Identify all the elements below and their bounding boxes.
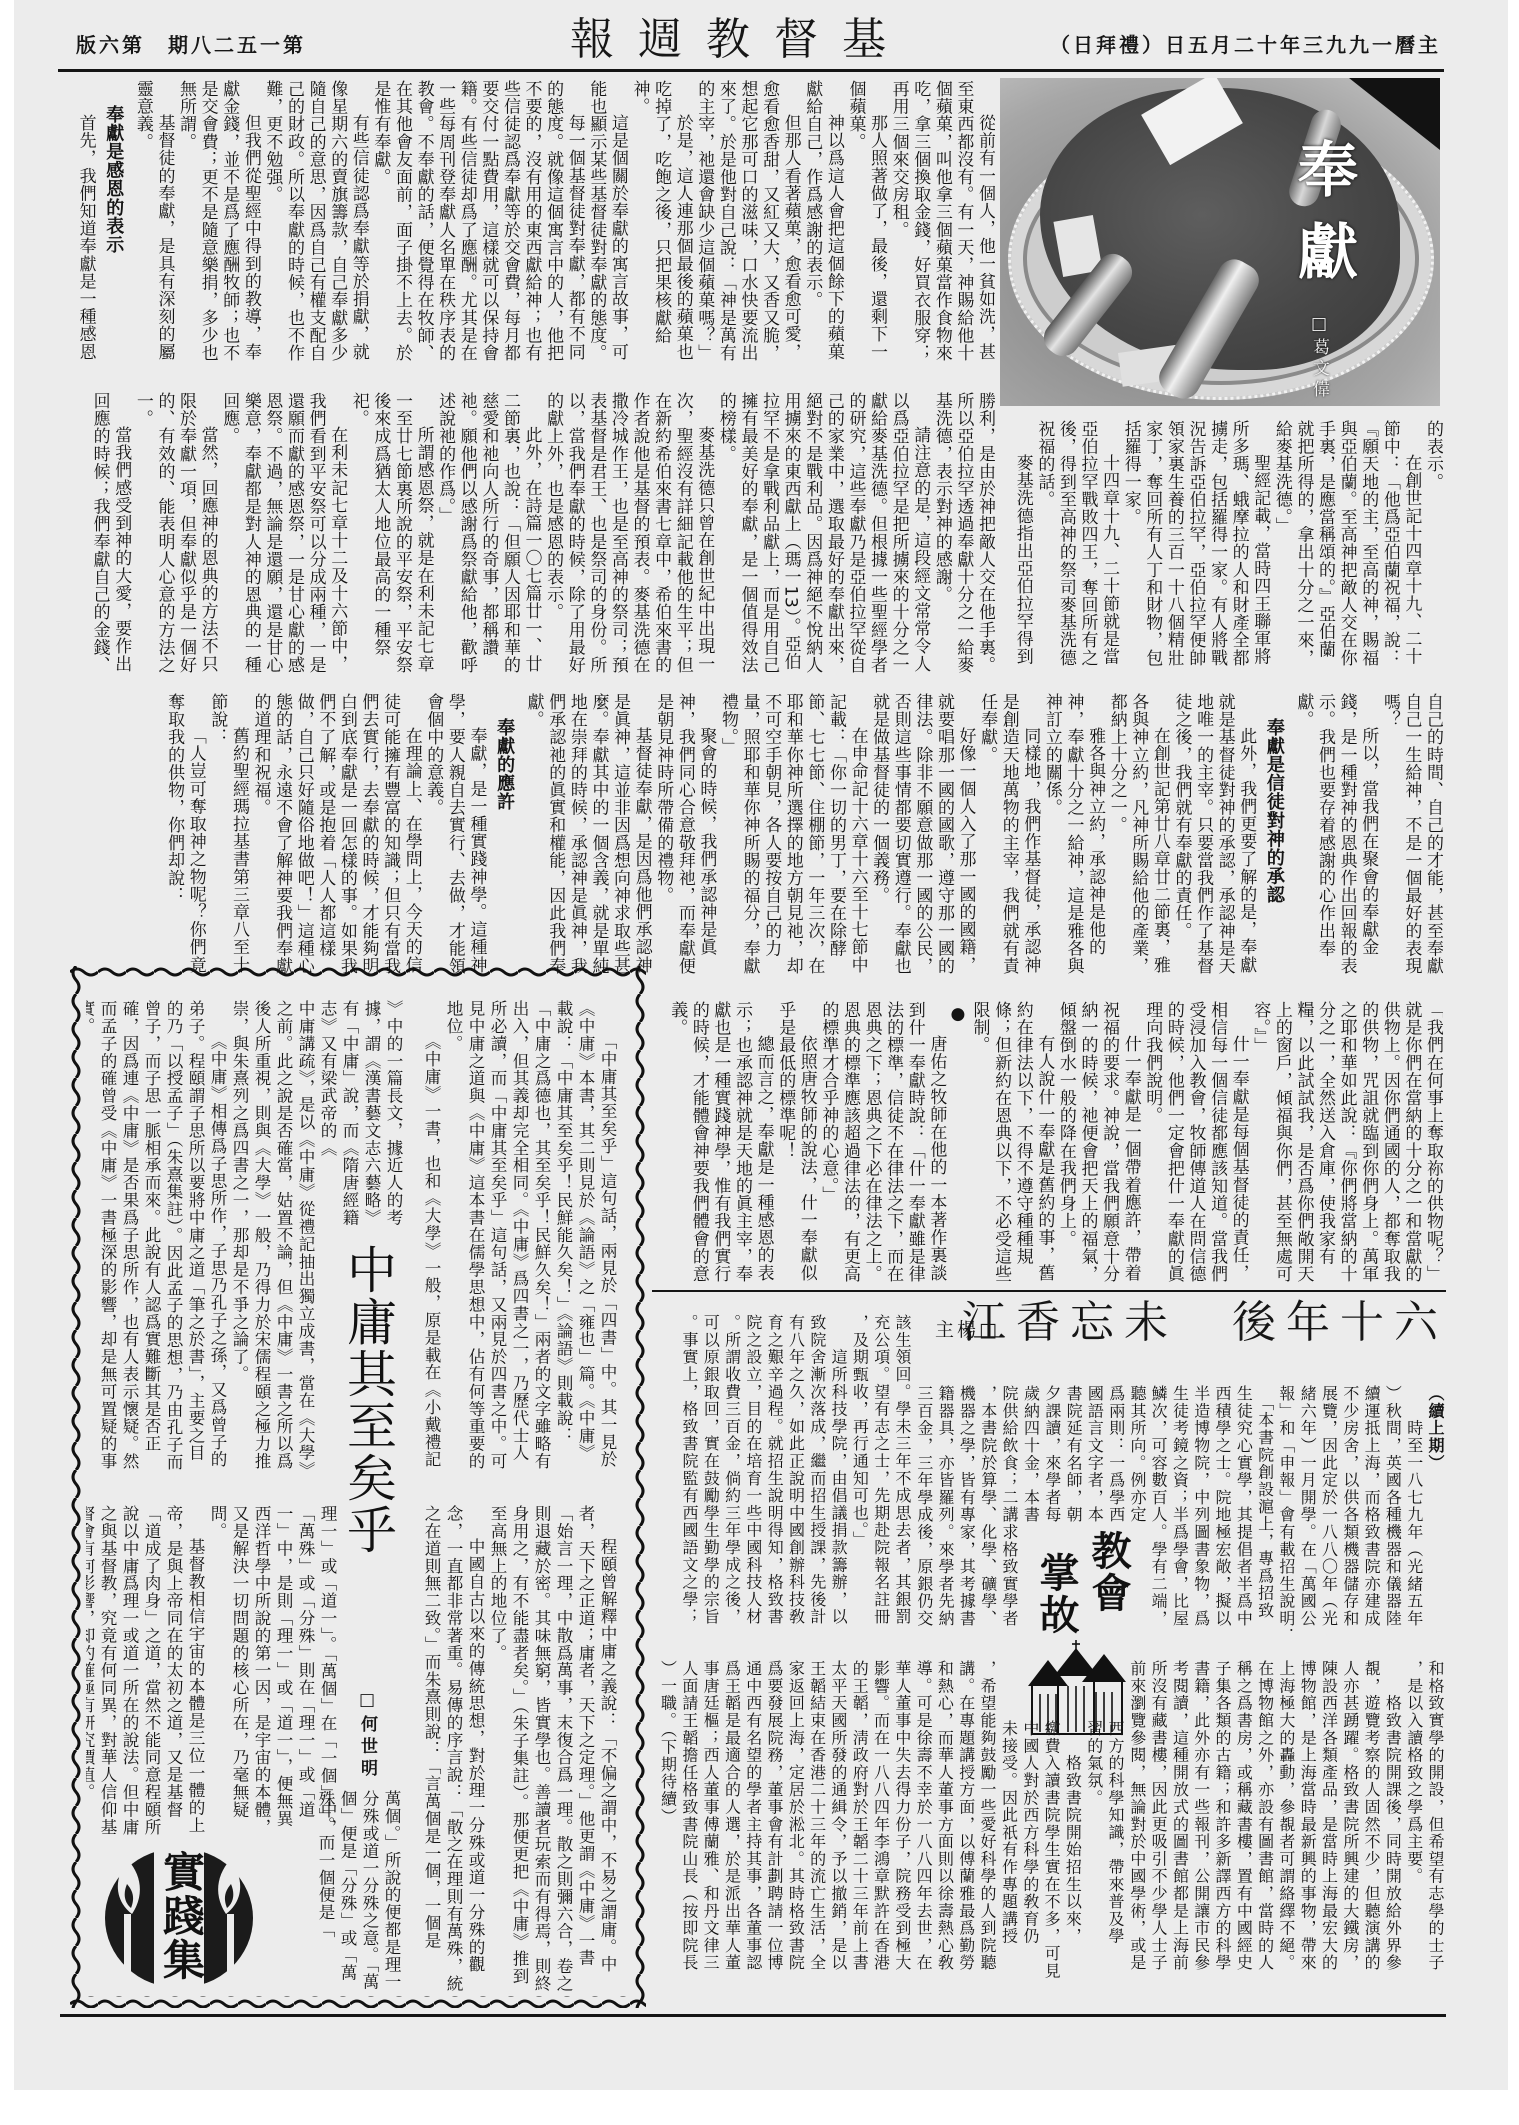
column-title: 中庸其至矣乎	[340, 1244, 396, 1556]
column-logo-line2: 掌故	[1034, 1552, 1078, 1636]
text-column: 展覽，因此定於一八八〇年（光	[1318, 1385, 1339, 1635]
article-band-2-left: 勝利，是由於神把敵人交在他手裏。所以亞伯拉罕透過奉獻十分之一給麥基洗德，表示對神…	[60, 392, 995, 676]
article-byline: □楊主	[935, 1318, 1000, 1342]
paragraph: 基督徒的奉獻，是具有深刻的屬靈意義。	[131, 80, 174, 364]
text-column: 續運抵上海，而格致書院亦建成	[1361, 1385, 1382, 1635]
text-column: ，及期甄收，再行通知可也。」	[849, 1314, 870, 1632]
text-column: 報」和「申報」會有載招生說明：	[1276, 1385, 1297, 1635]
issue-date: 主曆一九九三年十二月五日（禮拜日）	[1050, 33, 1441, 57]
column-byline: □何世明	[356, 1690, 378, 1781]
paragraph: 《中庸》相傳爲子思所作，子思乃孔子之孫，又爲曾子的弟子。程頤謂子思所以要將中庸之…	[86, 1000, 228, 1474]
text-column: 爲兩則：一爲學西	[1105, 1385, 1126, 1527]
paragraph: 首先，我們知道奉獻是一種感恩	[74, 80, 96, 364]
article-columns-b-middle: 西方的科學知識，帶來普及學習的氣氛。 格致書院開始招生以來，繳費入讀書院學生實在…	[998, 1720, 1126, 1984]
text-column: 稱之爲書房，或稱藏書樓，置有中國經史	[1233, 1660, 1254, 1984]
text-column: ，希望能夠鼓勵一些愛好科學的人到院聽	[977, 1660, 998, 1984]
column-text-top-center: 》中的一篇長文，據近人的考據，謂《漢書藝文志六藝略》有「中庸」說，而《隋唐經籍志…	[316, 1000, 404, 1238]
author-name: 葛文偉	[1309, 338, 1329, 401]
text-column: 院供給飲食；二講求格致實學者	[999, 1385, 1020, 1635]
paragraph: 此外，我們更要了解的是，奉獻就是基督徒對神的承認，承認神是天地唯一的主宰。只要當…	[1170, 693, 1256, 977]
column-text-top-right: 「中庸其至矣乎」這句話，兩見於「四書」中。其一見於《中庸》本書，其二則見於《論語…	[404, 1000, 618, 1472]
paragraph: 麥基洗德指出亞伯拉罕得到	[1011, 420, 1033, 672]
text-column: 爲要發展院務，董事會有計劃聘請一位博	[764, 1660, 785, 1984]
text-column: 充公項。望有志之士，先期赴院報名註冊	[870, 1314, 891, 1632]
text-column: 博物館，是上海當時最新興的事物，帶來	[1297, 1660, 1318, 1984]
paragraph: 「我們在何事上奪取祢的供物呢？」就是你們在當納的十分之一和當獻的供物上。因你們通…	[1249, 1001, 1443, 1285]
paragraph: 的表示。	[1421, 420, 1443, 672]
text-column: 夕課讀，來學者每	[1042, 1385, 1063, 1527]
paragraph: 》中的一篇長文，據近人的考據，謂《漢書藝文志六藝略》有「中庸」說，而《隋唐經籍志…	[316, 1000, 404, 1238]
text-column: ）秋間，英國各種機器和儀器陸	[1382, 1385, 1403, 1635]
paragraph: 在申命記十六章十六至十七節中記載：「你一切的男丁，要在除酵節、七七節、住棚節，一…	[716, 693, 867, 977]
text-column: 該生領回。學未三年不成思去者，其銀罰	[892, 1314, 913, 1632]
subheading: 奉獻是感恩的表示	[103, 80, 125, 364]
paragraph: 好像一個人入了那一國的國籍，就要唱那一國的國歌，遵守那一國的律法。除非不願意做那…	[868, 693, 976, 977]
text-column: 鱗次，可容數百人。學有二端，	[1148, 1385, 1169, 1635]
article-headline: 六十年後 未忘香江	[962, 1296, 1448, 1350]
paragraph: 在利未記七章十二及十六節中，我們看到平安祭可以分成兩種，一是還願而獻的感恩祭，一…	[218, 392, 348, 676]
paragraph: 每一個基督徒對奉獻，都有不同的態度。就像這個寓言中的人，他把不要的，沒有用的東西…	[369, 80, 585, 364]
paragraph: 基督教相信宇宙的本體是三位一體的上帝，是與上帝同在的太初之道，又是基督「道成了肉…	[86, 1505, 206, 1839]
offering-plate-photo: 奉獻 □葛文偉	[1000, 78, 1440, 406]
text-column: 家返回上海，定居於淞北。其時格致書院	[785, 1660, 806, 1984]
text-column: 機器之學，皆有專家，其考據書	[956, 1385, 977, 1635]
text-column: 時至一八七九年（光緒五年	[1403, 1385, 1424, 1635]
text-column: 可以原銀取回，實在鼓勵學生勤學的宗旨	[700, 1314, 721, 1632]
paragraph: 什一奉獻是每個基督徒的責任，相信每一個信徒都應該知道。當我們受浸加入教會，牧師傳…	[1141, 1001, 1249, 1285]
paragraph: 十四章十九、二十節就是當亞伯拉罕戰敗四王，奪回所有之後，得到至高神的祭司麥基洗德…	[1033, 420, 1119, 672]
paragraph: 奉獻，是一種實踐神學。這種神學，要人親自去實行、去做，才能領會個中的意義。	[422, 693, 487, 977]
subheading: 奉獻是信徒對神的承認	[1263, 693, 1285, 977]
paragraph: 《中庸》一書，也和《大學》一般，原是載在《小戴禮記	[420, 1000, 442, 1472]
byline-box-icon: □	[357, 1690, 377, 1715]
column-text-bottom-left: 理一」或「道一」。「萬個」在「一個」中，「萬殊」或「分殊」則在「理一」或「道一」…	[86, 1505, 338, 1839]
text-column: 子集各類的古籍；和許多新譯西方的科學	[1212, 1660, 1233, 1984]
article-band-1: 從前有一個人，他一貧如洗，甚至東西都沒有。有一天，神賜給他十個蘋菓，叫他拿三個蘋…	[60, 80, 995, 364]
column-text-bottom-right: 程頤曾解釋中庸之義說：「不偏之謂中，不易之謂庸。中者，天下之正道；庸者，天下之定…	[402, 1505, 618, 1993]
paragraph: 「人豈可奪取神之物呢？你們竟奪取我的供物，你們却說：	[163, 693, 206, 977]
text-column: 不少房舍，以供各類機器儲存和	[1340, 1385, 1361, 1635]
text-column: （續上期）	[1425, 1385, 1446, 1635]
text-column: 陳設西洋各類產品，是當時上海最宏大的	[1318, 1660, 1339, 1984]
text-column: 國語言文字者，本	[1084, 1385, 1105, 1527]
article-columns-b-right: 和格致實學的開設，但希望有志學的士子，是以入讀格致之學爲主要。 格致書院開課後，…	[1126, 1660, 1446, 1984]
paragraph: 理一」或「道一」。「萬個」在「一個」中，「萬殊」或「分殊」則在「理一」或「道一」…	[206, 1505, 338, 1839]
article-band-3: 自己的時間、自己的才能，甚至奉獻自己一生給神，不是一個最好的表現嗎？所以，當我們…	[60, 693, 1443, 977]
article-columns-a-left: 該生領回。學未三年不成思去者，其銀罰充公項。望有志之士，先期赴院報名註冊，及期甄…	[679, 1314, 913, 1632]
paragraph: 雅各與神立約，承認神是他的神，奉獻十分之一給神，這是雅各與神訂立的關係。	[1040, 693, 1105, 977]
paragraph: 唐佑之牧師在他的一本著作裏談到什一奉獻時說：「什一奉獻雖是律法的標準，信徒不在律…	[817, 1001, 947, 1285]
paragraph: 但我們從聖經中得到的教導，奉獻金錢，並不是爲了應酬牧師；也不是交會費；更不是隨意…	[174, 80, 260, 364]
paragraph: 依照唐牧師的說法，什一奉獻似乎是最低的標準呢！	[774, 1001, 817, 1285]
text-column: ）一職。（下期待續）	[657, 1660, 678, 1984]
text-column: 在博物館之外，亦設有圖書館，當時的人	[1254, 1660, 1275, 1984]
issue-number: 第一五二八期 第六版	[76, 33, 306, 57]
article-columns-a-right: （續上期） 時至一八七九年（光緒五年）秋間，英國各種機器和儀器陸續運抵上海，而格…	[1146, 1385, 1446, 1635]
text-column: 和熱心，而華人董事方面則以徐壽熱心敎	[934, 1660, 955, 1984]
paragraph: 那人照著做了，最後，還剩下一個蘋菓。	[844, 80, 887, 364]
paragraph: 什一奉獻是一個帶着應許，帶着祝福的要求。神說，當我們願意十分納一的時候，祂便會把…	[1054, 1001, 1140, 1285]
paragraph: 此外，在詩篇一〇七篇廿一、廿二節裏，也說：「但願人因耶和華的慈愛和祂向人所行的奇…	[434, 392, 542, 676]
text-column: 前來瀏覽參閱，無論對於中國學術，或是	[1127, 1660, 1148, 1984]
series-logo-text: 實踐集	[157, 1850, 205, 1982]
subheading: 奉獻的應許	[493, 693, 515, 977]
paragraph: 神以爲這人會把這個餘下的蘋菓獻給自己，作爲感謝的表示。	[801, 80, 844, 364]
text-column: 。事實上，格致書院監有西國語文之學；	[679, 1314, 700, 1632]
text-column: 聽其所向。例亦定	[1127, 1385, 1148, 1527]
paragraph: 當然，回應神的恩典的方法不只限於奉獻一項，但奉獻似乎是一個好的、有效的、能表明人…	[131, 392, 217, 676]
article-band-2-right: 的表示。在創世記十四章十九、二十節中：「他爲亞伯蘭祝福，說：『願天地的主，至高的…	[997, 420, 1443, 672]
text-column: 書院延有名師，朝	[1063, 1385, 1084, 1527]
article-title: 奉獻	[1288, 138, 1358, 302]
text-column: 所沒有藏書樓，因此更吸引不少學人士子	[1148, 1660, 1169, 1984]
paragraph: ●	[946, 1001, 968, 1285]
paragraph: 有人說什一奉獻是舊約的事，舊約在律法以下，不得不遵守種種規條；但新約在恩典以下，…	[968, 1001, 1054, 1285]
text-column: 書籍，此外亦有一些報刊，公開讓市民參	[1190, 1660, 1211, 1984]
text-column: ，本書院於算學、化學、礦學、	[977, 1385, 998, 1635]
text-column: 西方的科學知識，帶來普及學	[1105, 1720, 1126, 1984]
paragraph: 在理論上、在學問上，今天的信徒可能擁有豐富的知識；但只有當我們去實行，去奉獻的時…	[249, 693, 422, 977]
text-column: 中國人對於西方科學的敎育仍	[1020, 1720, 1041, 1984]
paragraph: 所以，當我們在聚會的奉獻金錢，是一種對神的恩典作出回報的表示。我們也要存着感謝的…	[1292, 693, 1378, 977]
text-column: 繳費入讀書院學生實在不多，可見	[1041, 1720, 1062, 1984]
text-column: 生徒究心實學，其提倡者半爲中	[1233, 1385, 1254, 1635]
column-logo-line1: 教會	[1086, 1530, 1130, 1614]
paragraph: 在創世記第廿八章廿二節裏，雅各與神立約，凡神所賜給他的產業，都納上十分之一。	[1105, 693, 1170, 977]
text-column: 爲王韜是最適合的人選，於是派出華人董	[721, 1660, 742, 1984]
author-name: 何世明	[357, 1715, 377, 1781]
paragraph: 所謂感恩祭，就是在利未記七章一至廿七節裏所說的平安祭，平安祭後來成爲猶太人地位最…	[347, 392, 433, 676]
text-column: 習的氣氛。	[1083, 1720, 1104, 1984]
paragraph: 總而言之，奉獻是一種感恩的表示；也承認神就是天地的眞主宰，奉獻也是一種實踐神學，…	[666, 1001, 774, 1285]
text-column: 這所科技學院，由倡議捐款籌辦，以	[828, 1314, 849, 1632]
article-columns-a-inner: 院供給飲食；二講求格致實學者，本書院於算學、化學、礦學、機器之學，皆有專家，其考…	[913, 1385, 1020, 1635]
paragraph: 自己的時間、自己的才能，甚至奉獻自己一生給神，不是一個最好的表現嗎？	[1378, 693, 1443, 977]
paragraph: 當我們感受到神的大愛，要作出回應的時候；我們奉獻自己的金錢、	[88, 392, 131, 676]
text-column: 致院舍漸次落成，繼而招生授課，先後計	[807, 1314, 828, 1632]
text-column: 上海極大的轟動，參覩者可謂絡繹不絕。	[1276, 1660, 1297, 1984]
text-column: 的王韜，淸政府對於王韜二十三年前上書	[849, 1660, 870, 1984]
paragraph: 勝利，是由於神把敵人交在他手裏。所以亞伯拉罕透過奉獻十分之一給麥基洗德，表示對神…	[930, 392, 995, 676]
text-column: 影響。而在一八八四年李鴻章默許在香港	[870, 1660, 891, 1984]
text-column: 人亦甚踴躍。格致書院所興建的大鐵房，	[1340, 1660, 1361, 1984]
text-column: 歲納四十金，本書	[1020, 1385, 1041, 1527]
text-column: 王韜結束在香港二十三年的流亡生活，全	[806, 1660, 827, 1984]
paragraph: 中庸講疏》，是以《中庸》從禮記抽出獨立成書，當在《大學》之前。此之說是否確當，姑…	[228, 1000, 316, 1474]
text-column: ，是以入讀格致之學爲主要。	[1403, 1660, 1424, 1984]
article-band-4: 「我們在何事上奪取祢的供物呢？」就是你們在當納的十分之一和當獻的供物上。因你們通…	[652, 1001, 1443, 1285]
paragraph: 程頤曾解釋中庸之義說：「不偏之謂中，不易之謂庸。中者，天下之正道；庸者，天下之定…	[486, 1505, 618, 1993]
paragraph: 聖經記載，當時四王聯軍將所多瑪、蛾摩拉的人和財產全都擄走，包括羅得一家。有人將戰…	[1119, 420, 1270, 672]
paragraph: 從前有一個人，他一貧如洗，甚至東西都沒有。有一天，神賜給他十個蘋菓，叫他拿三個蘋…	[887, 80, 995, 364]
text-column: 格致書院開始招生以來，	[1062, 1720, 1083, 1984]
paragraph: 同樣地，我們作基督徒，承認神是創造天地萬物的主宰，我們就有責任奉獻。	[976, 693, 1041, 977]
text-column: 考閱讀，這種開放式的圖書館都是上海前	[1169, 1660, 1190, 1984]
paragraph: 在創世記十四章十九、二十節中：「他爲亞伯蘭祝福，說：『願天地的主，至高的神，賜福…	[1270, 420, 1421, 672]
paragraph: 於是，這人連那個最後的蘋菓也吃掉了，吃飽之後，只把果核獻給神。	[628, 80, 693, 364]
paragraph: 中國自古以來的傳統思想，對於理一分殊或道一分殊的觀念，一直都非常著重。易傳的序言…	[420, 1505, 486, 1993]
text-column: 人面請王韜擔任格致書院山長（按即院長	[679, 1660, 700, 1984]
text-column: 籍器具，亦皆羅列。來學者先納	[935, 1385, 956, 1635]
text-column: 西積學之士。院地極宏敞，擬以	[1212, 1385, 1233, 1635]
text-column: 講。在專題講授方面，以傅蘭雅最爲勤勞	[955, 1660, 976, 1984]
page-bottom-rule	[60, 2014, 1446, 2017]
paragraph: 請注意的是，這段經文常常令人以爲亞伯拉罕是把所擄來的十分之一獻給麥基洗德。但根據…	[714, 392, 930, 676]
column-text-top-left: 中庸講疏》，是以《中庸》從禮記抽出獨立成書，當在《大學》之前。此之說是否確當，姑…	[86, 1000, 316, 1474]
section-rule	[652, 1290, 1446, 1292]
text-column: 院之設立，目的在培育一些中國科技人材	[743, 1314, 764, 1632]
text-column: 太平天國所發的通緝令，予以撤銷，是以	[828, 1660, 849, 1984]
masthead-title: 基督教週報	[560, 14, 920, 66]
text-column: 和格致實學的開設，但希望有志學的士子	[1425, 1660, 1446, 1984]
text-column: 事唐廷樞；西人董事傅蘭雅、和丹文律三	[700, 1660, 721, 1984]
paragraph: 有些信徒認爲奉獻等於捐獻，就像星期六的賣旗籌款，自己奉獻多少隨自己的意思，因爲自…	[261, 80, 369, 364]
paragraph: 舊約聖經瑪拉基書第三章八至十節說：	[206, 693, 249, 977]
text-column: 「本書院創設滬上，專爲招致	[1254, 1385, 1275, 1635]
text-column: 半造博物院，中列圖書象物，爲	[1190, 1385, 1211, 1635]
text-column: 通中西有名望的學者主持其事，各董事認	[742, 1660, 763, 1984]
article-columns-b-left: ，希望能夠鼓勵一些愛好科學的人到院聽講。在專題講授方面，以傅蘭雅最爲勤勞和熱心，…	[656, 1660, 998, 1984]
paragraph: 但那人看著蘋菓，愈看愈可愛，愈看愈香甜，又紅又大，又香又脆，想起它那可口的滋味，…	[693, 80, 801, 364]
text-column: 育之艱辛過程。就招生說明得知，格致書	[764, 1314, 785, 1632]
text-column: 格致書院開課後，同時開放給外界參	[1382, 1660, 1403, 1984]
text-column: 有八年之久，如此正說明中國創辦科技敎	[785, 1314, 806, 1632]
paragraph: 基督徒奉獻，是因爲他們承認神是眞神，這並非因爲想向神求取些甚麼。奉獻其中的一個含…	[522, 693, 652, 977]
paragraph: 聚會的時候，我們承認神是眞神，我們同心合意敬拜祂，而奉獻便是朝見神時所帶備的禮物…	[652, 693, 717, 977]
text-column: 覩，遊覽考察的人固然不少，但聽演講的	[1361, 1660, 1382, 1984]
paragraph: 麥基洗德只曾在創世紀中出現一次，聖經沒有詳細記載他的生平；但在新約希伯來書七章中…	[542, 392, 715, 676]
paragraph: 「中庸其至矣乎」這句話，兩見於「四書」中。其一見於《中庸》本書，其二則見於《論語…	[442, 1000, 618, 1472]
text-column: 三百金，三年學成後，原銀仍交	[914, 1385, 935, 1635]
byline-box-icon: □	[1309, 314, 1329, 338]
article-columns-a-under-logo: 聽其所向。例亦定爲兩則：一爲學西國語言文字者，本書院延有名師，朝夕課讀，來學者每…	[1020, 1385, 1148, 1527]
text-column: 華人董事中失去得力份子，院務受到極大	[892, 1660, 913, 1984]
text-column: 未接受。因此祇有作專題講授	[998, 1720, 1019, 1984]
text-column: 生徒考鏡之資；半爲學會，比屋	[1169, 1385, 1190, 1635]
masthead-rule	[58, 69, 1444, 72]
text-column: 導。可是徐壽不幸於一八八四年去世，在	[913, 1660, 934, 1984]
article-byline: □葛文偉	[1308, 314, 1330, 401]
text-column: 。所謂收費三百金，倘約三年學成之後，	[721, 1314, 742, 1632]
text-column: 緒六年）一月開學。在「萬國公	[1297, 1385, 1318, 1635]
paragraph: 這是個關於奉獻的寓言故事，可能也顯示某些基督徒對奉獻的態度。	[585, 80, 628, 364]
